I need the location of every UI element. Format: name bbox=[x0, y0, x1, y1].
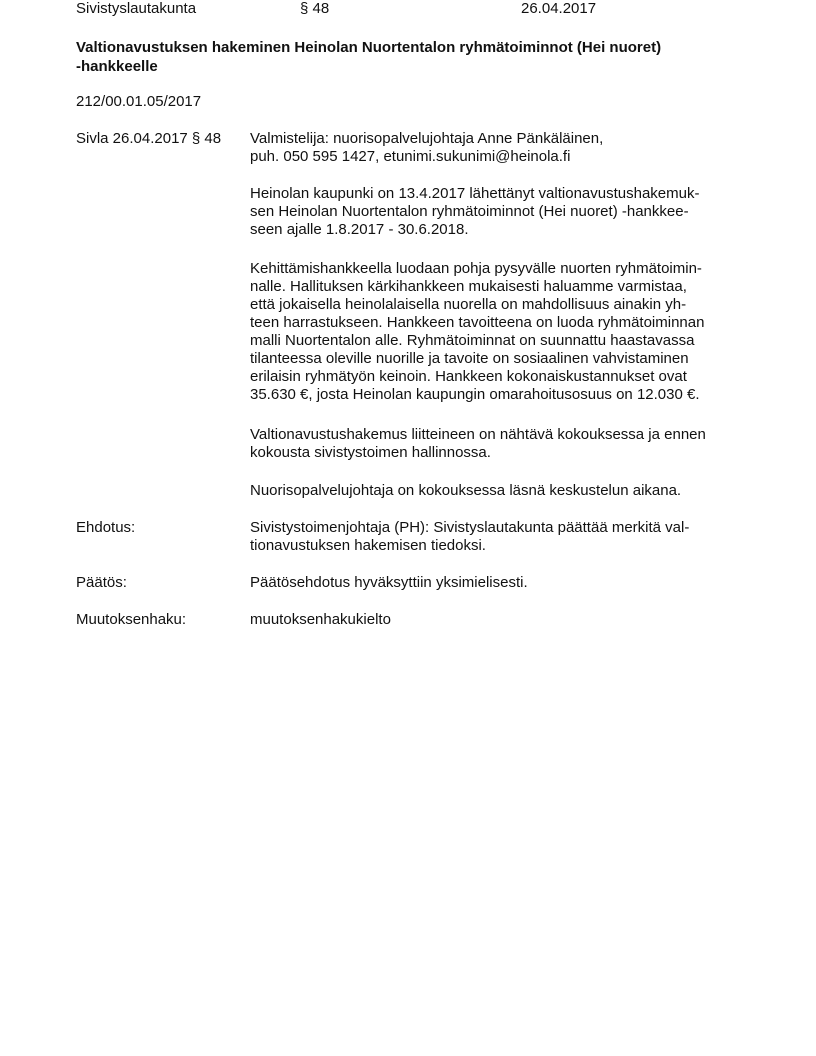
text-line: Valtionavustushakemus liitteineen on näh… bbox=[250, 426, 750, 444]
section-number: § 48 bbox=[300, 0, 329, 18]
meeting-date: 26.04.2017 bbox=[521, 0, 596, 18]
text-line: malli Nuortentalon alle. Ryhmätoiminnat … bbox=[250, 332, 750, 350]
text-line: tionavustuksen hakemisen tiedoksi. bbox=[250, 537, 750, 555]
appeal-label: Muutoksenhaku: bbox=[76, 611, 186, 629]
paragraph-availability: Valtionavustushakemus liitteineen on näh… bbox=[250, 426, 750, 462]
preparer-info: Valmistelija: nuorisopalvelujohtaja Anne… bbox=[250, 130, 750, 166]
text-line: sen Heinolan Nuortentalon ryhmätoiminnot… bbox=[250, 203, 750, 221]
title-line-2: -hankkeelle bbox=[76, 57, 756, 76]
text-line: kokousta sivistystoimen hallinnossa. bbox=[250, 444, 750, 462]
paragraph-application: Heinolan kaupunki on 13.4.2017 lähettäny… bbox=[250, 185, 750, 239]
text-line: 35.630 €, josta Heinolan kaupungin omara… bbox=[250, 386, 750, 404]
text-line: Sivistystoimenjohtaja (PH): Sivistyslaut… bbox=[250, 519, 750, 537]
proposal-text: Sivistystoimenjohtaja (PH): Sivistyslaut… bbox=[250, 519, 750, 555]
paragraph-attendance: Nuorisopalvelujohtaja on kokouksessa läs… bbox=[250, 482, 750, 500]
meeting-reference: Sivla 26.04.2017 § 48 bbox=[76, 130, 221, 148]
preparer-contact: puh. 050 595 1427, etunimi.sukunimi@hein… bbox=[250, 148, 750, 166]
preparer-line-1: Valmistelija: nuorisopalvelujohtaja Anne… bbox=[250, 130, 750, 148]
text-line: erilaisin ryhmätyön keinoin. Hankkeen ko… bbox=[250, 368, 750, 386]
paragraph-project-description: Kehittämishankkeella luodaan pohja pysyv… bbox=[250, 260, 750, 404]
document-title: Valtionavustuksen hakeminen Heinolan Nuo… bbox=[76, 38, 756, 76]
text-line: tilanteessa oleville nuorille ja tavoite… bbox=[250, 350, 750, 368]
decision-text: Päätösehdotus hyväksyttiin yksimielisest… bbox=[250, 574, 750, 592]
committee-name: Sivistyslautakunta bbox=[76, 0, 196, 18]
text-line: teen harrastukseen. Hankkeen tavoitteena… bbox=[250, 314, 750, 332]
text-line: Kehittämishankkeella luodaan pohja pysyv… bbox=[250, 260, 750, 278]
decision-label: Päätös: bbox=[76, 574, 127, 592]
text-line: nalle. Hallituksen kärkihankkeen mukaise… bbox=[250, 278, 750, 296]
proposal-label: Ehdotus: bbox=[76, 519, 135, 537]
text-line: Heinolan kaupunki on 13.4.2017 lähettäny… bbox=[250, 185, 750, 203]
appeal-text: muutoksenhakukielto bbox=[250, 611, 750, 629]
text-line: seen ajalle 1.8.2017 - 30.6.2018. bbox=[250, 221, 750, 239]
record-number: 212/00.01.05/2017 bbox=[76, 93, 201, 111]
text-line: Nuorisopalvelujohtaja on kokouksessa läs… bbox=[250, 482, 750, 500]
title-line-1: Valtionavustuksen hakeminen Heinolan Nuo… bbox=[76, 38, 756, 57]
text-line: että jokaisella heinolalaisella nuorella… bbox=[250, 296, 750, 314]
